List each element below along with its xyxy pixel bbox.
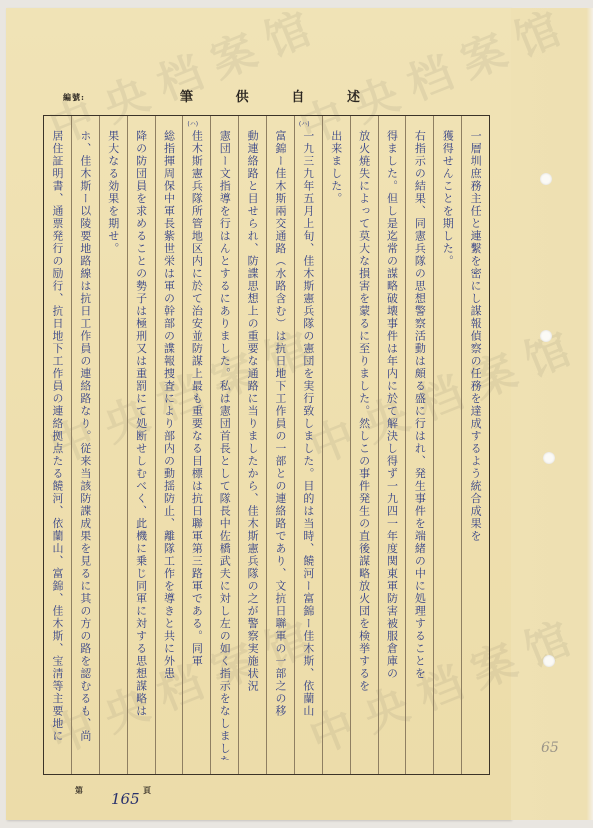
- handwritten-line: 得ました。但し是迄常の謀略破壊事件は年内に於て解決し得ず一九四一年度関東軍防害被…: [386, 130, 397, 680]
- manuscript-column: 総指揮周保中軍長紫世栄は軍の幹部の諜報捜査により部内の動揺防止、離隊工作を導きと…: [155, 116, 183, 774]
- handwritten-line: 獲得せんことを期した。: [442, 130, 453, 268]
- manuscript-column: 動連絡路と目せられ、防諜思想上の重要な通路に当りましたから、佳木斯憲兵隊の之が警…: [238, 116, 266, 774]
- form-title-char: 自: [291, 86, 304, 105]
- handwritten-line: 出来ました。: [331, 130, 342, 205]
- handwritten-line: 憲団ー文指導を行はんとするにありました。私は憲団首長として隊長中佐橋武夫に対し左…: [219, 130, 230, 760]
- manuscript-column: 出来ました。: [322, 116, 350, 774]
- binding-margin: [511, 8, 593, 820]
- manuscript-column: 憲団ー文指導を行はんとするにありました。私は憲団首長として隊長中佐橋武夫に対し左…: [210, 116, 238, 774]
- handwritten-line: 居住証明書、通票発行の励行、抗日地下工作員の連絡拠点たる饒河、依蘭山、富錦、佳木…: [52, 130, 63, 743]
- code-label: 編號:: [63, 92, 85, 103]
- handwritten-line: 果大なる効果を期せ。: [108, 130, 119, 255]
- handwritten-line: 降の防団員を求めることの勢子は極刑又は重罰にて処断せしむべく、此機に乗じ同軍に対…: [136, 130, 147, 718]
- manuscript-column: 得ました。但し是迄常の謀略破壊事件は年内に於て解決し得ず一九四一年度関東軍防害被…: [378, 116, 406, 774]
- handwritten-line: ホ、佳木斯ー以陵要地路線は抗日工作員の連絡路なり。従来当該防諜成果を見るに其の方…: [80, 130, 91, 743]
- handwritten-line: 一層圳庶務主任と連繫を密にし謀報偵察の任務を達成するよう統合成果を: [470, 130, 481, 543]
- form-title: 筆 供 自 述: [180, 86, 360, 105]
- page-label-suffix: 頁: [143, 785, 151, 796]
- manuscript-column: 右指示の結果、同憲兵隊の思想警察活動は頗る盛に行はれ、発生事件を端緒の中に処理す…: [405, 116, 433, 774]
- manuscript-column: 富錦ー佳木斯兩交通路（水路含む）は抗日地下工作員の一部との連絡路であり、文抗日聯…: [266, 116, 294, 774]
- page-label-prefix: 第: [75, 785, 83, 796]
- handwritten-line: 右指示の結果、同憲兵隊の思想警察活動は頗る盛に行はれ、発生事件を端緒の中に処理す…: [414, 130, 425, 680]
- handwritten-line: 一九三九年五月上旬、佳木斯憲兵隊の憲団を実行致しました。目的は当時、饒河ー富錦ー…: [303, 130, 314, 718]
- form-title-char: 述: [347, 86, 360, 105]
- archive-sheet-number: 65: [541, 740, 559, 756]
- manuscript-column: 佳木斯憲兵隊所管地区内に於て治安並防謀上最も重要なる目標は抗日聯軍第三路軍である…: [182, 116, 210, 774]
- margin-annotation: (ハ): [299, 119, 310, 128]
- form-title-char: 筆: [180, 86, 193, 105]
- handwritten-line: 動連絡路と目せられ、防諜思想上の重要な通路に当りましたから、佳木斯憲兵隊の之が警…: [247, 130, 258, 693]
- binder-hole: [543, 655, 555, 667]
- binder-hole: [540, 330, 552, 342]
- handwritten-line: 佳木斯憲兵隊所管地区内に於て治安並防謀上最も重要なる目標は抗日聯軍第三路軍である…: [191, 130, 202, 668]
- page-number: 165: [111, 790, 140, 808]
- manuscript-grid: 一層圳庶務主任と連繫を密にし謀報偵察の任務を達成するよう統合成果を獲得せんことを…: [43, 115, 490, 775]
- manuscript-column: ホ、佳木斯ー以陵要地路線は抗日工作員の連絡路なり。従来当該防諜成果を見るに其の方…: [71, 116, 99, 774]
- manuscript-column: 一九三九年五月上旬、佳木斯憲兵隊の憲団を実行致しました。目的は当時、饒河ー富錦ー…: [294, 116, 322, 774]
- binder-hole: [543, 452, 555, 464]
- manuscript-column: 居住証明書、通票発行の励行、抗日地下工作員の連絡拠点たる饒河、依蘭山、富錦、佳木…: [44, 116, 71, 774]
- manuscript-column: 放火焼失によって莫大な損害を蒙るに至りました。然しこの事件発生の直後謀略放火団を…: [350, 116, 378, 774]
- handwritten-line: 放火焼失によって莫大な損害を蒙るに至りました。然しこの事件発生の直後謀略放火団を…: [359, 130, 370, 693]
- manuscript-column: 果大なる効果を期せ。: [99, 116, 127, 774]
- manuscript-column: 獲得せんことを期した。: [433, 116, 461, 774]
- handwritten-line: 総指揮周保中軍長紫世栄は軍の幹部の諜報捜査により部内の動揺防止、離隊工作を導きと…: [163, 130, 174, 680]
- margin-annotation: (ハ): [187, 119, 198, 128]
- handwritten-line: 富錦ー佳木斯兩交通路（水路含む）は抗日地下工作員の一部との連絡路であり、文抗日聯…: [275, 130, 286, 718]
- manuscript-column: 降の防団員を求めることの勢子は極刑又は重罰にて処断せしむべく、此機に乗じ同軍に対…: [127, 116, 155, 774]
- form-title-char: 供: [236, 86, 249, 105]
- binder-hole: [540, 173, 552, 185]
- manuscript-column: 一層圳庶務主任と連繫を密にし謀報偵察の任務を達成するよう統合成果を: [461, 116, 489, 774]
